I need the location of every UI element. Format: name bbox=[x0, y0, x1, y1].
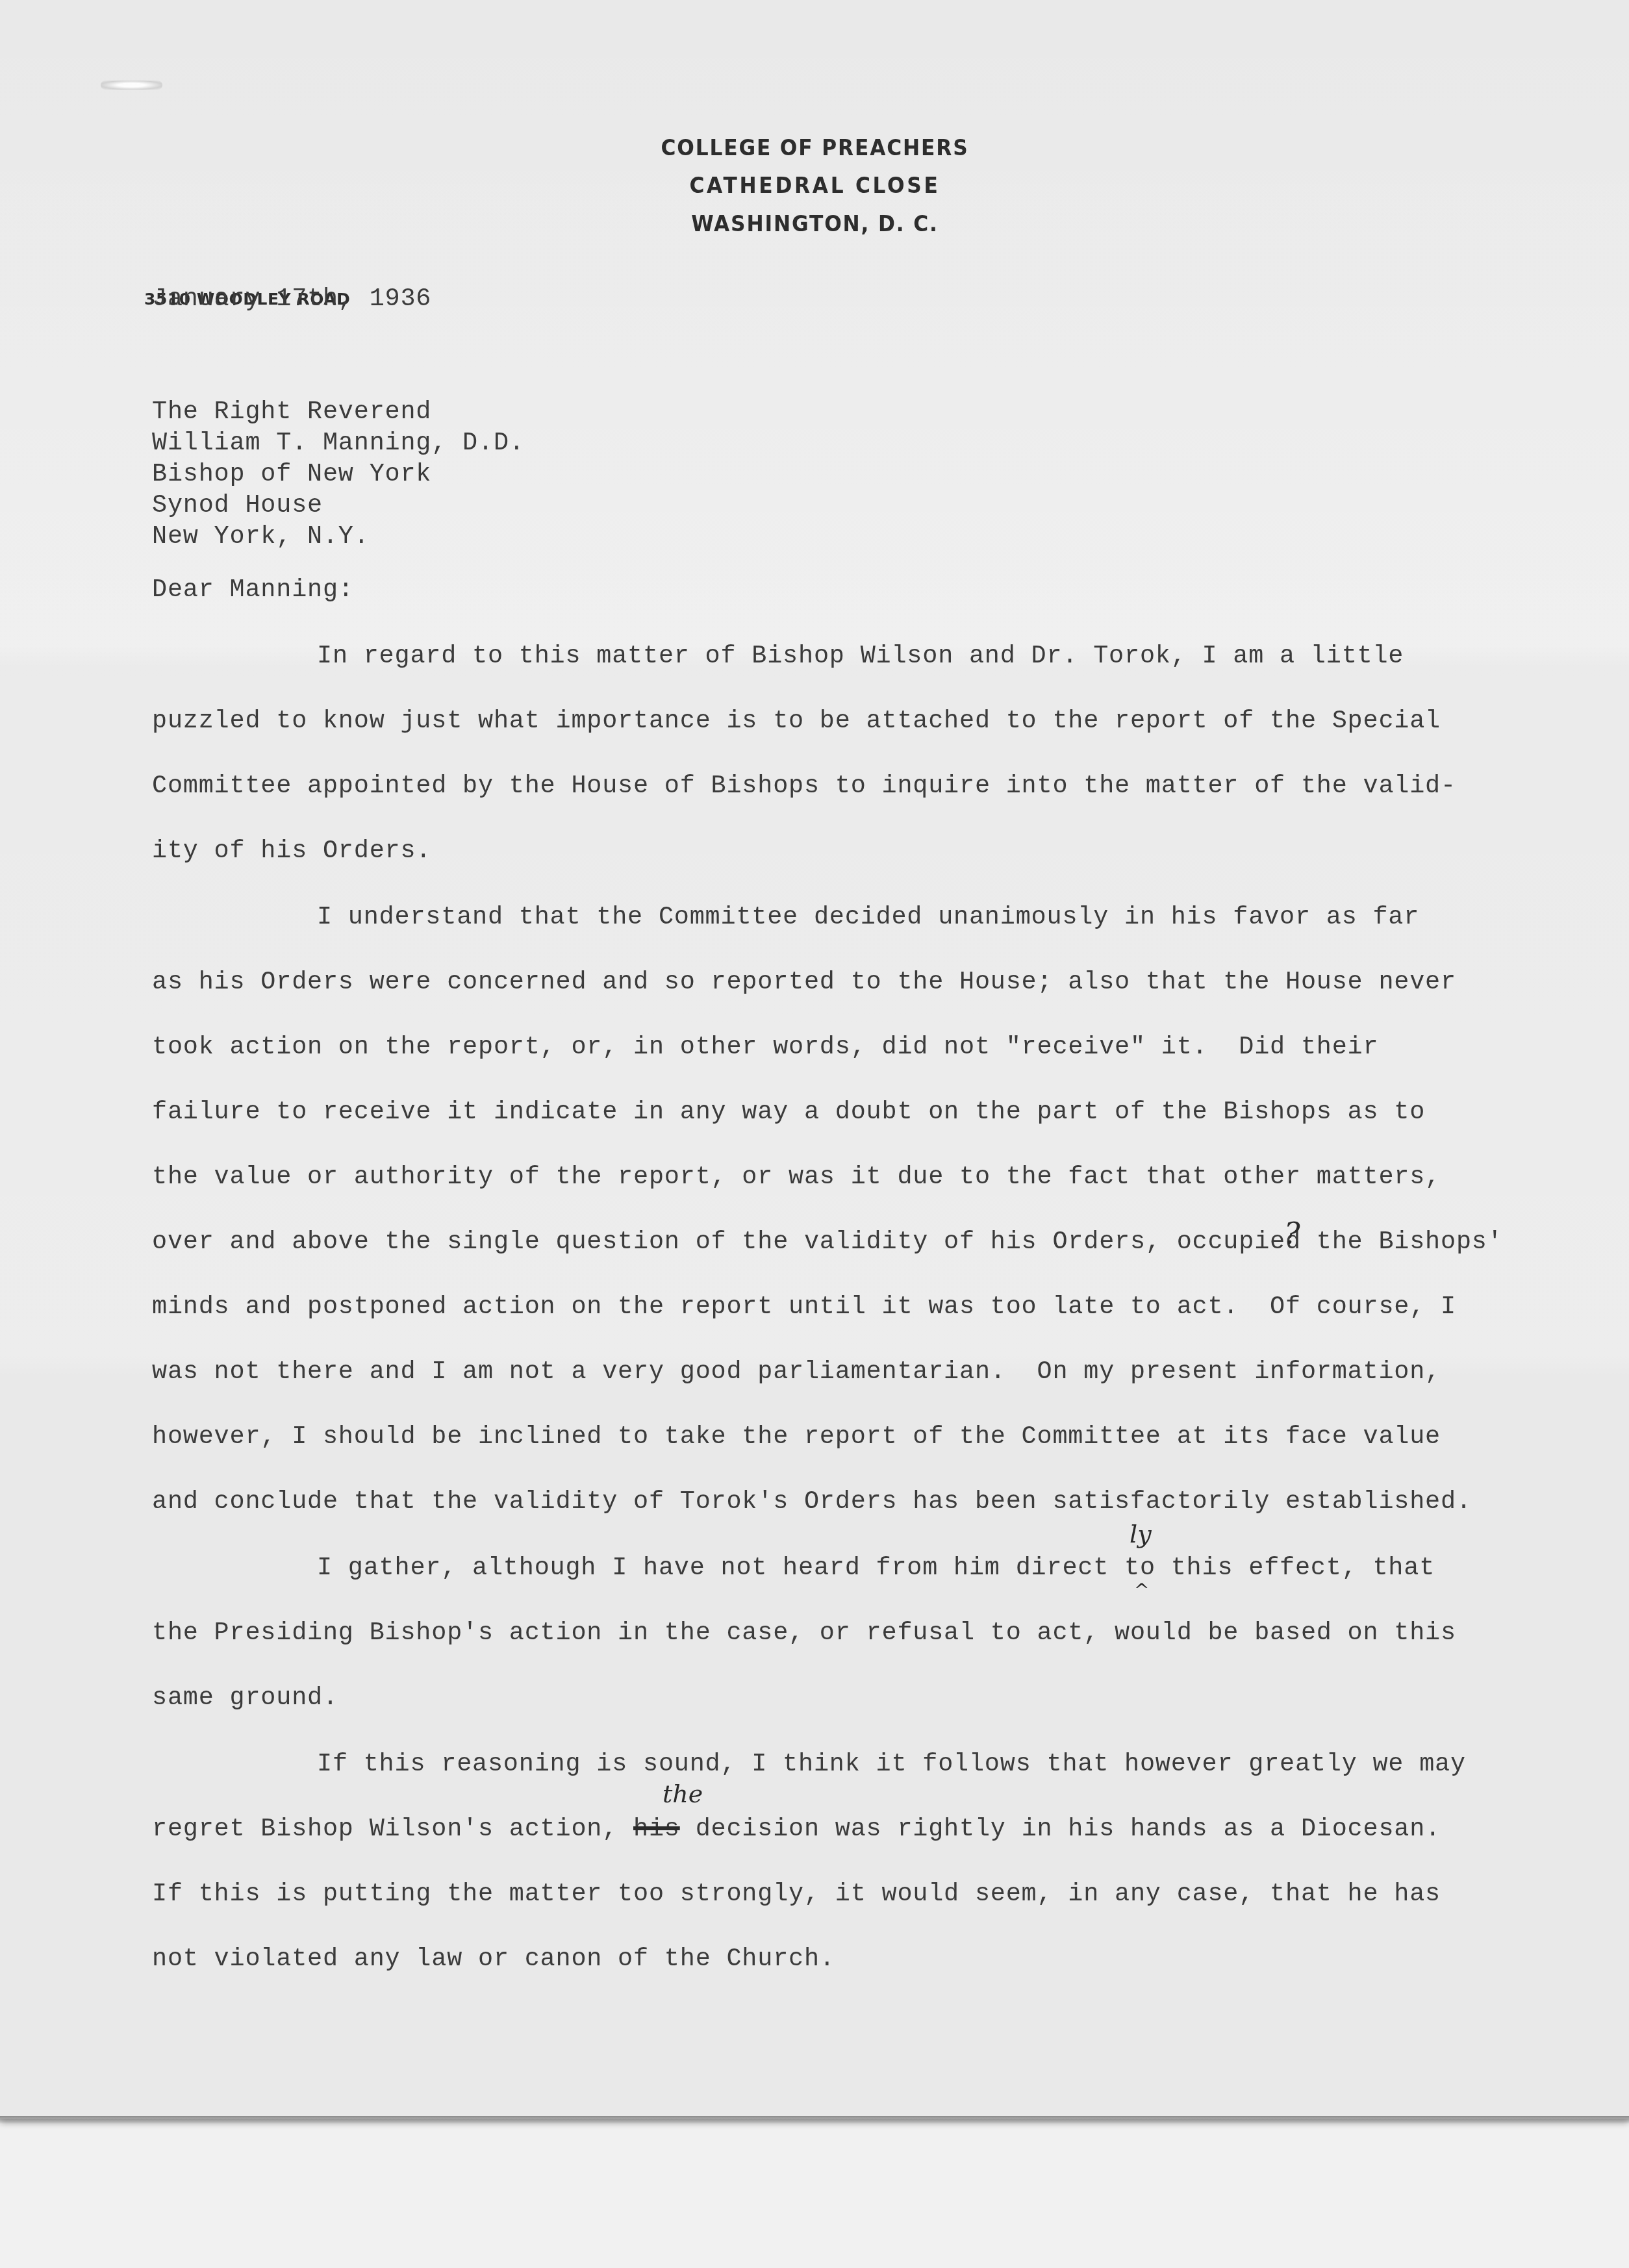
recipient-block: The Right Reverend William T. Manning, D… bbox=[152, 396, 525, 552]
recipient-line: Synod House bbox=[152, 490, 525, 521]
body-line: and conclude that the validity of Torok'… bbox=[152, 1487, 1472, 1516]
body-line: however, I should be inclined to take th… bbox=[152, 1422, 1441, 1451]
body-line: Committee appointed by the House of Bish… bbox=[152, 772, 1456, 800]
body-line: minds and postponed action on the report… bbox=[152, 1292, 1456, 1321]
body-line: regret Bishop Wilson's action, his decis… bbox=[152, 1815, 1441, 1843]
body-text: regret Bishop Wilson's action, bbox=[152, 1815, 633, 1843]
letterhead-location: CATHEDRAL CLOSE bbox=[66, 173, 1564, 199]
salutation: Dear Manning: bbox=[152, 575, 354, 604]
body-line: puzzled to know just what importance is … bbox=[152, 707, 1441, 735]
body-line: took action on the report, or, in other … bbox=[152, 1033, 1378, 1061]
handwritten-question-mark: ? bbox=[1284, 1216, 1300, 1251]
body-line: If this reasoning is sound, I think it f… bbox=[317, 1750, 1466, 1778]
body-line: the Presiding Bishop's action in the cas… bbox=[152, 1619, 1456, 1647]
recipient-line: The Right Reverend bbox=[152, 396, 525, 427]
recipient-line: Bishop of New York bbox=[152, 459, 525, 490]
body-line: same ground. bbox=[152, 1683, 338, 1712]
recipient-line: New York, N.Y. bbox=[152, 521, 525, 552]
paper-edge-shadow bbox=[0, 2116, 1629, 2124]
body-line: failure to receive it indicate in any wa… bbox=[152, 1098, 1425, 1126]
body-line: If this is putting the matter too strong… bbox=[152, 1880, 1441, 1908]
letterhead-organization: COLLEGE OF PREACHERS bbox=[66, 135, 1564, 161]
body-line: as his Orders were concerned and so repo… bbox=[152, 968, 1456, 996]
paper-damage-mark bbox=[101, 81, 162, 90]
letter-date: January 17th, 1936 bbox=[152, 284, 431, 313]
recipient-line: William T. Manning, D.D. bbox=[152, 427, 525, 459]
body-line: In regard to this matter of Bishop Wilso… bbox=[317, 642, 1404, 670]
handwritten-ly-insertion: ly bbox=[1130, 1520, 1152, 1548]
body-text: decision was rightly in his hands as a D… bbox=[680, 1815, 1441, 1843]
body-line: was not there and I am not a very good p… bbox=[152, 1357, 1441, 1386]
body-line: I understand that the Committee decided … bbox=[317, 903, 1419, 931]
body-line: ity of his Orders. bbox=[152, 837, 431, 865]
body-line: I gather, although I have not heard from… bbox=[317, 1554, 1435, 1582]
body-line: the value or authority of the report, or… bbox=[152, 1163, 1441, 1191]
letterhead-city: WASHINGTON, D. C. bbox=[66, 211, 1564, 237]
struck-word: his bbox=[633, 1815, 680, 1843]
handwritten-caret: ^ bbox=[1134, 1580, 1149, 1601]
handwritten-the-insertion: the bbox=[663, 1780, 703, 1808]
body-line: not violated any law or canon of the Chu… bbox=[152, 1945, 835, 1973]
